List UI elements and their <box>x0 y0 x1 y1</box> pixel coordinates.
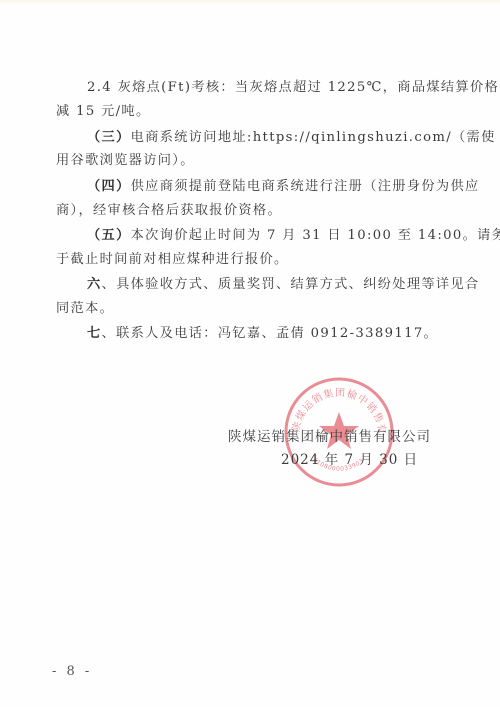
section-label-4: （四） <box>87 179 131 194</box>
section-label-7: 七 <box>87 326 102 341</box>
signature-date: 2024 年 7 月 30 日 <box>281 448 418 468</box>
section-label-3: （三） <box>87 130 131 145</box>
para-ash-fusion-line1: 2.4 灰熔点(Ft)考核：当灰熔点超过 1225℃，商品煤结算价格 <box>87 80 499 96</box>
inquiry-time-text: 本次询价起止时间为 7 月 31 日 10:00 至 14:00。请务必 <box>131 228 500 243</box>
para-contact: 七、联系人及电话：冯钇嘉、孟倩 0912-3389117。 <box>87 326 438 342</box>
para-inquiry-time-line2: 于截止时间前对相应煤种进行报价。 <box>56 252 289 268</box>
ecommerce-url-text: 电商系统访问地址:https://qinlingshuzi.com/（需使 <box>131 130 496 145</box>
acceptance-text: 、具体验收方式、质量奖罚、结算方式、纠纷处理等详见合 <box>102 277 480 292</box>
para-registration-line1: （四）供应商须提前登陆电商系统进行注册（注册身份为供应 <box>87 179 480 195</box>
section-label-6: 六 <box>87 277 102 292</box>
para-acceptance-line2: 同范本。 <box>56 301 114 317</box>
section-label-5: （五） <box>87 228 131 243</box>
page-number: - 8 - <box>52 664 92 679</box>
para-registration-line2: 商），经审核合格后获取报价资格。 <box>56 203 282 219</box>
para-inquiry-time-line1: （五）本次询价起止时间为 7 月 31 日 10:00 至 14:00。请务必 <box>87 228 500 244</box>
para-ash-fusion-line2: 减 15 元/吨。 <box>56 104 151 120</box>
para-acceptance-line1: 六、具体验收方式、质量奖罚、结算方式、纠纷处理等详见合 <box>87 277 480 293</box>
para-ecommerce-url-line2: 用谷歌浏览器访问）。 <box>56 153 195 169</box>
scan-edge-tint <box>0 0 500 6</box>
registration-text: 供应商须提前登陆电商系统进行注册（注册身份为供应 <box>131 179 480 194</box>
contact-text: 、联系人及电话：冯钇嘉、孟倩 0912-3389117。 <box>102 326 439 341</box>
signature-company: 陕煤运销集团榆中销售有限公司 <box>228 425 431 445</box>
para-ecommerce-url-line1: （三）电商系统访问地址:https://qinlingshuzi.com/（需使 <box>87 130 496 146</box>
